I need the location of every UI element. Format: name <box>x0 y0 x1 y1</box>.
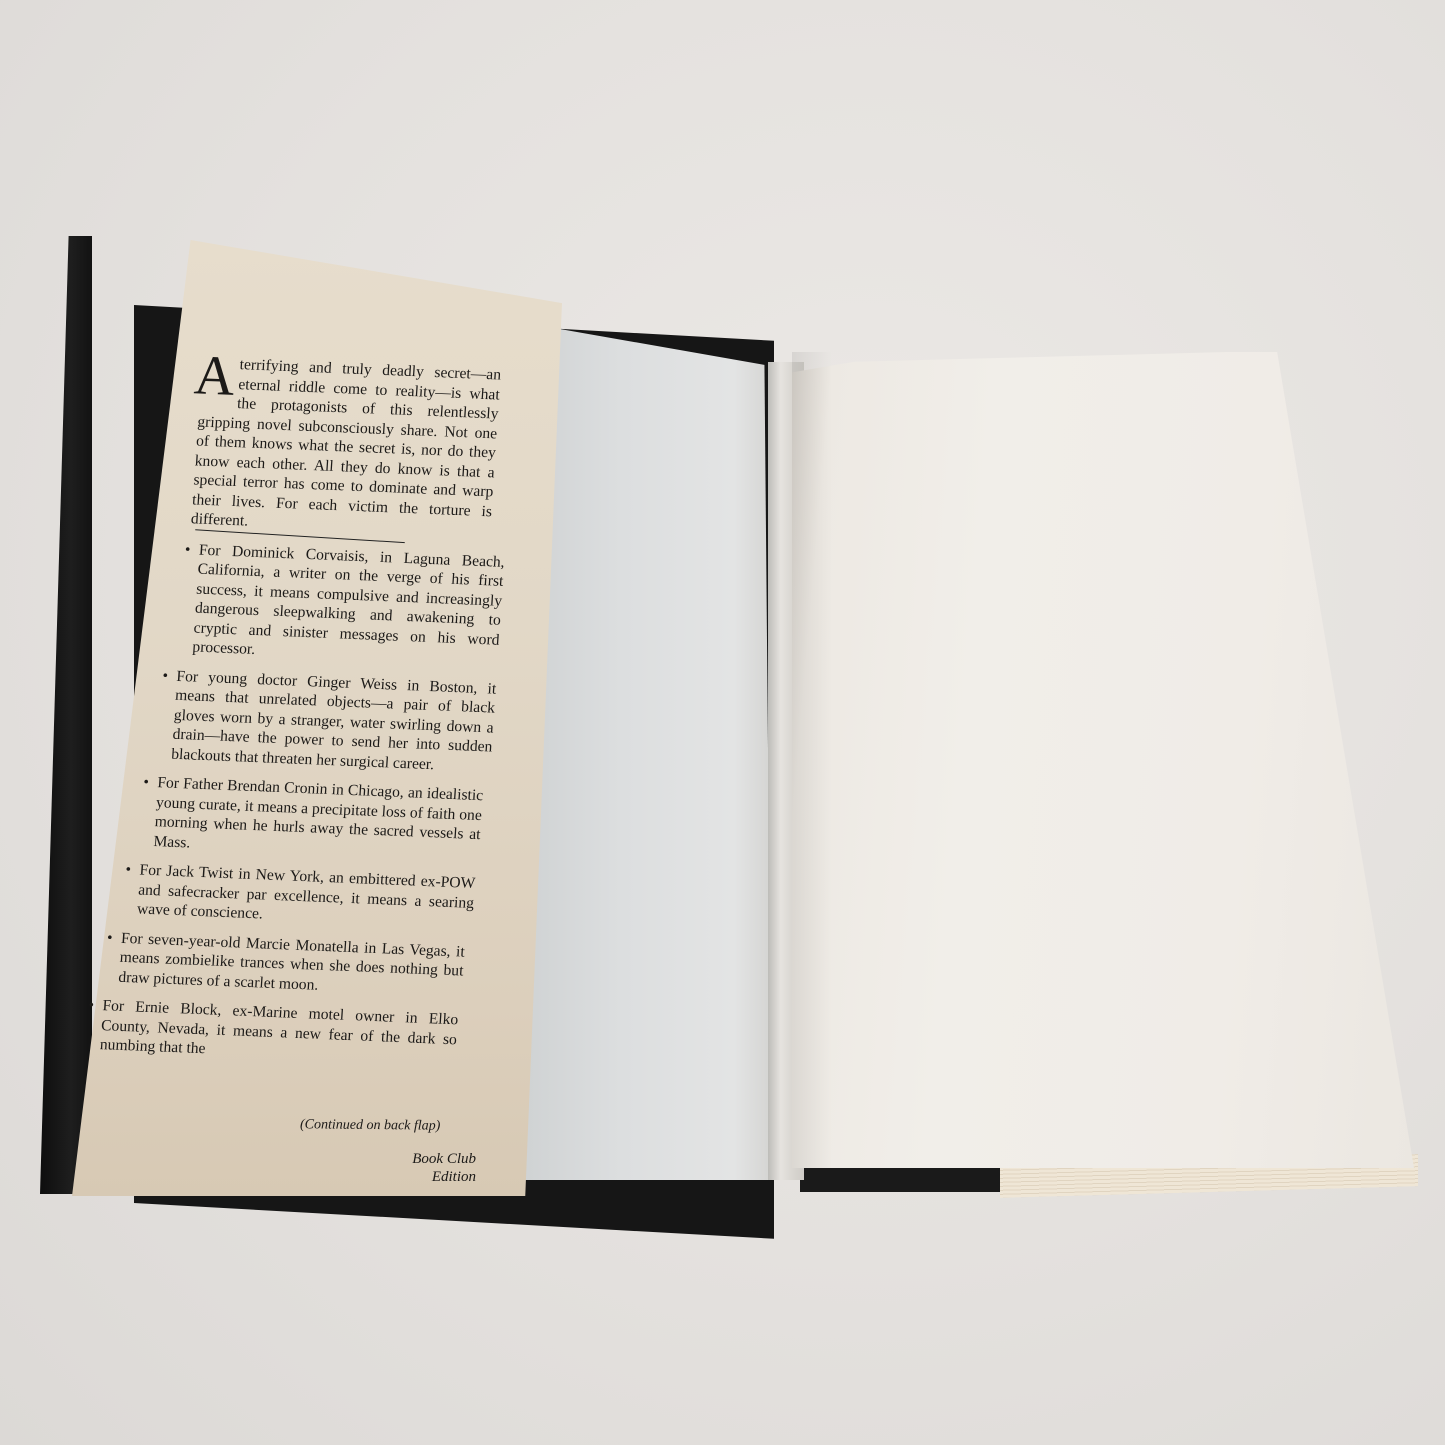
drop-cap: A <box>193 353 236 399</box>
continued-note: (Continued on back flap) <box>300 1117 441 1134</box>
flap-intro: A terrifying and truly deadly secret—an … <box>190 354 501 541</box>
bullet-brendan-cronin: For Father Brendan Cronin in Chicago, an… <box>139 773 484 865</box>
front-endpaper <box>520 322 772 1180</box>
right-blank-page <box>792 352 1414 1168</box>
edition-line-1: Book Club <box>380 1150 476 1168</box>
bullet-dominick-corvaisis: For Dominick Corvaisis, in Laguna Beach,… <box>178 540 505 670</box>
back-cover-edge <box>800 1168 1005 1192</box>
edition-line-2: Edition <box>380 1168 476 1186</box>
book-photo-scene: A terrifying and truly deadly secret—an … <box>0 0 1445 1445</box>
flap-copy: A terrifying and truly deadly secret—an … <box>65 350 512 1080</box>
page-gutter-shadow <box>792 352 832 1168</box>
bullet-marcie-monatella: For seven-year-old Marcie Monatella in L… <box>104 928 466 1001</box>
intro-text: terrifying and truly deadly secret—an et… <box>190 356 501 529</box>
edition-label: Book Club Edition <box>380 1150 476 1186</box>
bullet-ginger-weiss: For young doctor Ginger Weiss in Boston,… <box>157 666 497 777</box>
bullet-ernie-block: For Ernie Block, ex-Marine motel owner i… <box>85 996 459 1069</box>
bullet-jack-twist: For Jack Twist in New York, an embittere… <box>122 860 476 932</box>
